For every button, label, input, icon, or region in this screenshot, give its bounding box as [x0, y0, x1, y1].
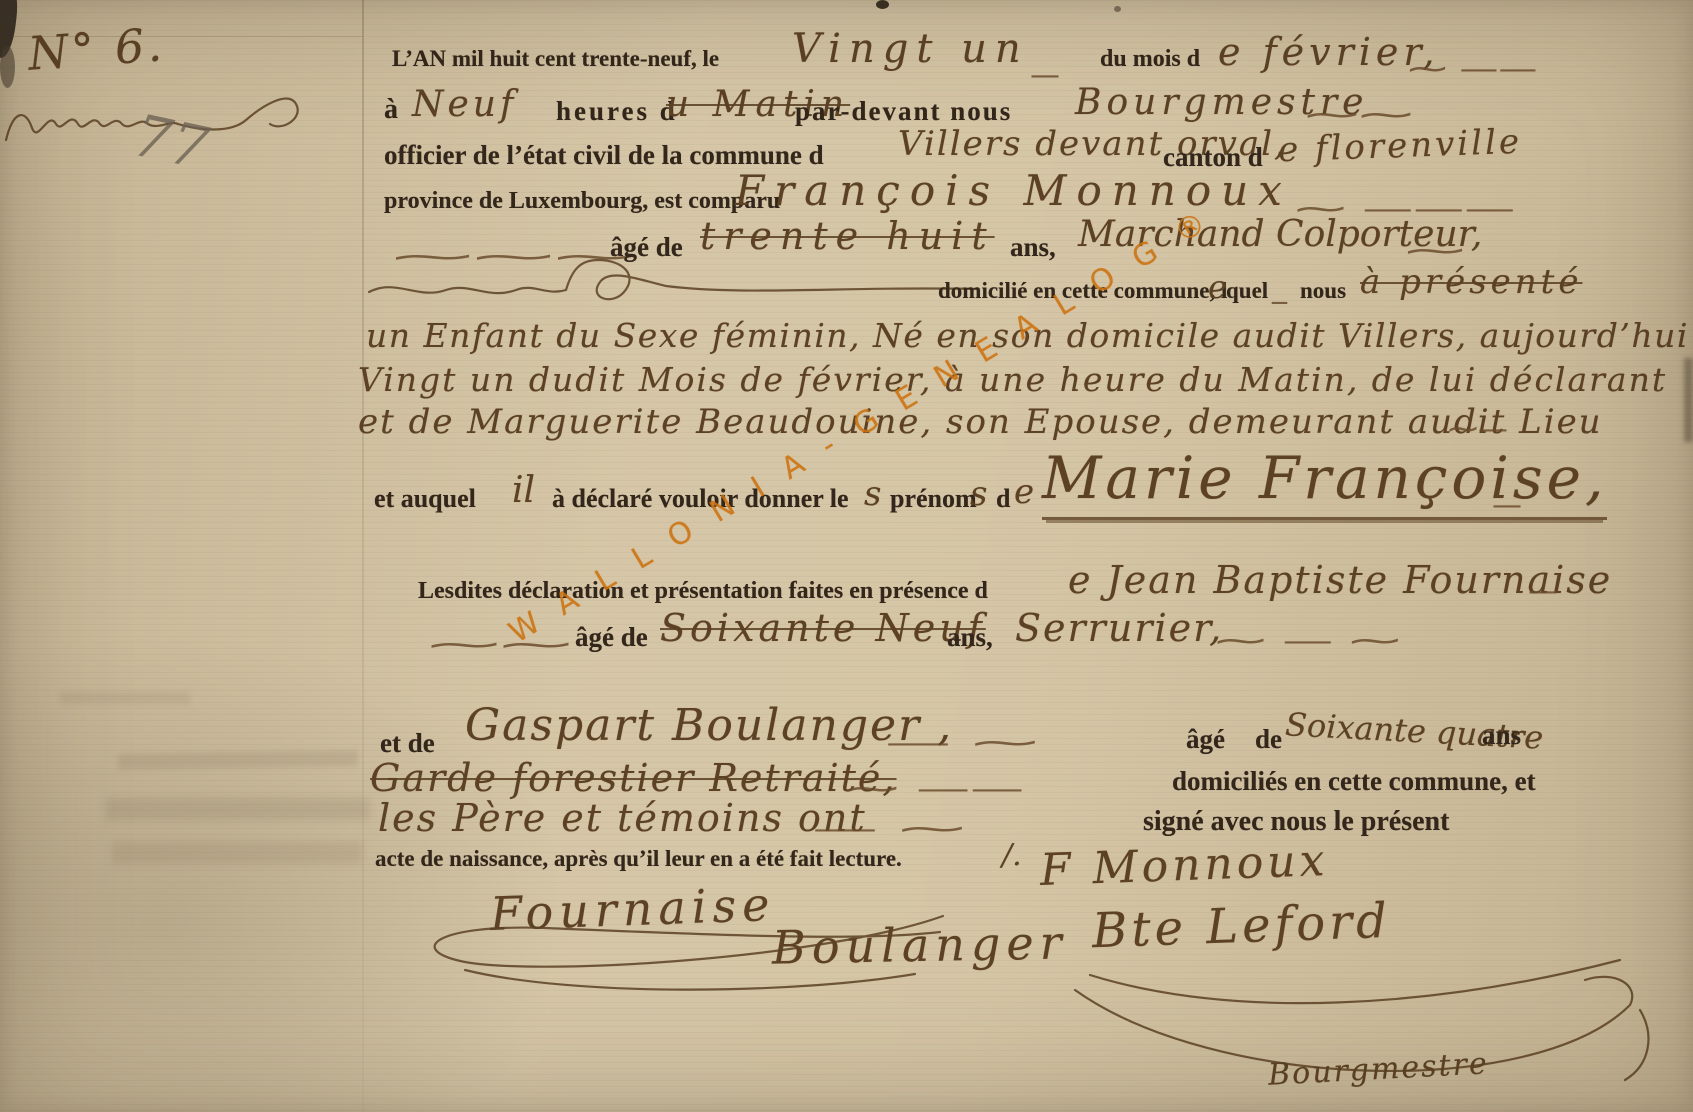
scan-artifact-speck [876, 0, 889, 9]
ink-bleed-through [60, 692, 190, 704]
entry-witness1-age: Soixante Neuf [660, 606, 986, 650]
form-text-hour-at: à [384, 94, 398, 126]
form-text-de: de [1255, 724, 1282, 755]
form-text-et-de: et de [380, 728, 435, 759]
form-text-prenom: prénom [890, 484, 977, 514]
scan-artifact-speck2 [1114, 6, 1121, 12]
pen-flourish: — [1528, 574, 1558, 609]
entry-witness2-occupation: Garde forestier Retraité, [370, 756, 897, 800]
form-text-ans2: ans, [947, 622, 993, 653]
form-text-auquel: et auquel [374, 484, 476, 514]
entry-s1: s [864, 474, 881, 514]
pen-flourish: _ [1272, 270, 1287, 305]
form-text-witness-intro: Lesdites déclaration et présentation fai… [418, 578, 988, 605]
form-text-month: du mois d [1100, 46, 1200, 73]
entry-mother-line: et de Marguerite Beaudouine, son Epouse,… [358, 402, 1603, 442]
form-text-year: L’AN mil huit cent trente-neuf, le [392, 46, 719, 72]
pen-flourish: — [1030, 58, 1060, 93]
entry-presented: à présenté [1360, 262, 1582, 302]
entry-day: Vingt un [792, 26, 1029, 72]
pen-flourish: ⁓⁓ [428, 628, 572, 663]
form-text-d: d [996, 484, 1010, 514]
entry-hour: Neuf [412, 84, 517, 125]
form-text-before-us: par-devant nous [795, 96, 1012, 127]
ink-bleed-through [112, 842, 362, 864]
pen-flourish: — ⁓ [885, 726, 1038, 761]
pen-flourish-loop [366, 256, 981, 314]
entry-e: e [1014, 472, 1034, 512]
entry-signers-line: les Père et témoins ont [378, 796, 867, 840]
entry-s2: s [970, 474, 987, 514]
entry-mark: ∕. [1002, 838, 1022, 873]
entry-il: il [512, 470, 535, 511]
ink-bleed-through [105, 798, 370, 820]
scan-artifact-edge [1684, 358, 1693, 442]
form-text-lecture: acte de naissance, après qu’il leur en a… [375, 846, 902, 872]
form-text-nous: nous [1300, 278, 1346, 304]
form-text-comparu: province de Luxembourg, est comparu [384, 188, 780, 215]
form-text-domicilies: domiciliés en cette commune, et [1172, 766, 1536, 797]
act-number: N° 6. [26, 17, 166, 80]
entry-witness2-name: Gaspart Boulanger , [465, 700, 953, 751]
pen-flourish: ⁓ —— [1408, 52, 1537, 87]
entry-birth-time-line: Vingt un dudit Mois de février, à une he… [358, 360, 1667, 399]
entry-letter-e: e [1208, 268, 1227, 306]
signature-boulanger: Boulanger [772, 915, 1068, 974]
form-text-ans: ans, [1010, 232, 1056, 263]
form-text-signed: signé avec nous le présent [1143, 806, 1449, 838]
form-text-hour-of: heures d [556, 96, 678, 127]
form-text-quel: quel [1226, 278, 1268, 304]
entry-canton: e florenville [1277, 122, 1522, 170]
pen-flourish: ⁓ — ⁓ [1215, 624, 1400, 659]
form-text-age2: âgé de [575, 622, 648, 653]
form-text-ans3: ans [1482, 720, 1521, 751]
birth-act-document: N° 6. 77 L’AN mil huit cent trente-neuf,… [0, 0, 1693, 1112]
form-text-age3: âgé [1186, 724, 1225, 755]
entry-child-name: Marie Françoise, [1042, 444, 1607, 520]
entry-declarant-age: trente huit [700, 214, 995, 258]
pen-flourish: ⁓ —— [845, 772, 1024, 807]
pen-flourish: ⁓— [1448, 412, 1508, 447]
pen-flourish: — ⁓ [812, 812, 965, 847]
entry-witness1-occupation: Serrurier, [1015, 606, 1223, 650]
signature-monnoux: F Monnoux [1039, 835, 1329, 896]
pen-flourish: — [1492, 488, 1522, 523]
entry-month: e février, [1218, 30, 1439, 74]
